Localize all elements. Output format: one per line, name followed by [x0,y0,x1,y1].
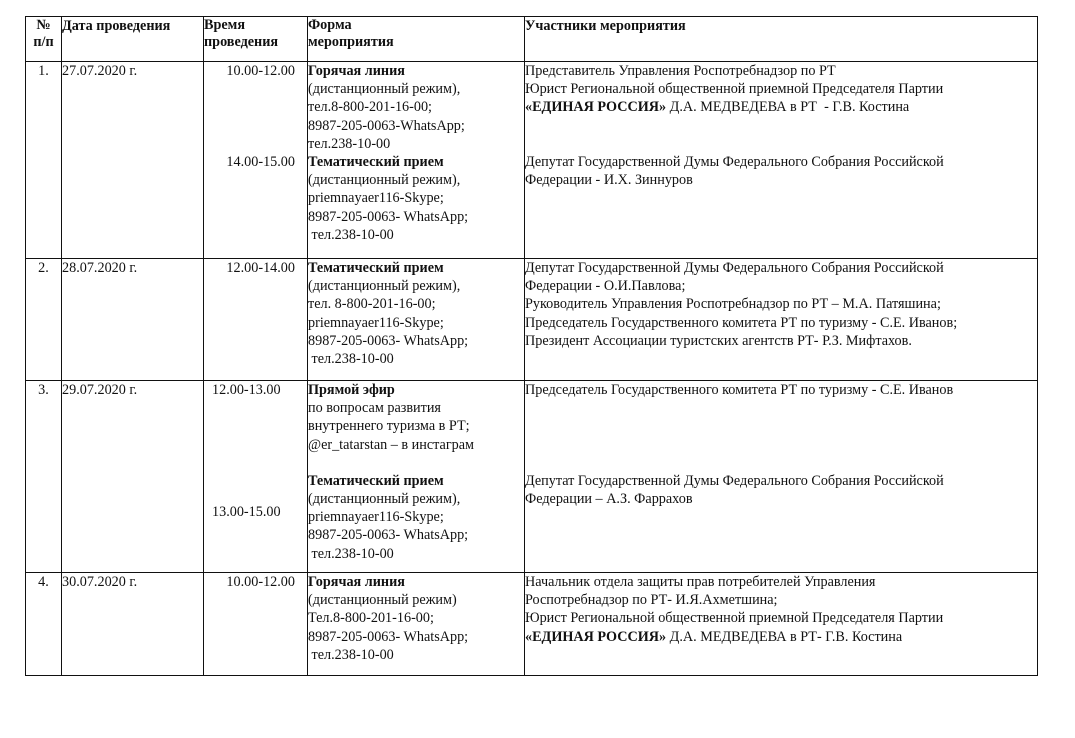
event-times: 10.00-12.00 [204,573,308,676]
participant-line: Депутат Государственной Думы Федеральног… [525,153,1037,171]
event-form-detail: Тел.8-800-201-16-00; [308,609,524,627]
event-form-detail: тел.238-10-00 [308,226,524,244]
participant-line: «ЕДИНАЯ РОССИЯ» Д.А. МЕДВЕДЕВА в РТ- Г.В… [525,628,1037,646]
header-time: Время проведения [204,17,308,62]
row-number: 1. [26,62,62,259]
event-forms: Прямой эфирпо вопросам развитиявнутренне… [308,381,525,573]
header-form-line-2: мероприятия [308,34,524,51]
event-form-detail: priemnayaer116-Skype; [308,508,524,526]
participant-block: Депутат Государственной Думы Федеральног… [525,472,1037,508]
event-form-block: Тематический прием(дистанционный режим),… [308,153,524,244]
event-form-detail: 8987-205-0063- WhatsApp; [308,526,524,544]
participant-line: Президент Ассоциации туристских агентств… [525,332,1037,350]
event-time: 13.00-15.00 [204,503,307,521]
participant-line: Федерации – А.З. Фаррахов [525,490,1037,508]
header-form: Форма мероприятия [308,17,525,62]
participant-text: Федерации - О.И.Павлова; [525,278,685,294]
table-header-row: № п/п Дата проведения Время проведения Ф… [26,17,1038,62]
table-row: 4.30.07.2020 г.10.00-12.00Горячая линия(… [26,573,1038,676]
event-times: 10.00-12.0014.00-15.00 [204,62,308,259]
event-schedule-table: № п/п Дата проведения Время проведения Ф… [25,16,1038,676]
participant-line: Роспотребнадзор по РТ- И.Я.Ахметшина; [525,591,1037,609]
participant-text: Представитель Управления Роспотребнадзор… [525,63,836,79]
event-form-block: Горячая линия(дистанционный режим),тел.8… [308,62,524,153]
header-participants: Участники мероприятия [525,17,1038,62]
event-form-detail: тел. 8-800-201-16-00; [308,295,524,313]
event-form-title: Тематический прием [308,472,524,490]
event-forms: Тематический прием(дистанционный режим),… [308,259,525,381]
event-form-detail: (дистанционный режим) [308,591,524,609]
participant-block: Начальник отдела защиты прав потребителе… [525,573,1037,646]
event-form-detail: тел.8-800-201-16-00; [308,98,524,116]
participant-line: Депутат Государственной Думы Федеральног… [525,472,1037,490]
participant-block: Депутат Государственной Думы Федеральног… [525,259,1037,350]
event-form-block: Тематический прием(дистанционный режим),… [308,472,524,563]
header-form-line-1: Форма [308,17,524,34]
table-row: 1.27.07.2020 г.10.00-12.0014.00-15.00Гор… [26,62,1038,259]
table-row: 3.29.07.2020 г.12.00-13.0013.00-15.00Пря… [26,381,1038,573]
header-time-line-2: проведения [204,34,307,51]
participant-text: Депутат Государственной Думы Федеральног… [525,260,944,276]
event-form-detail: тел.238-10-00 [308,646,524,664]
event-time: 12.00-13.00 [204,381,307,399]
event-form-detail: @er_tatarstan – в инстаграм [308,436,524,454]
event-form-block: Горячая линия(дистанционный режим)Тел.8-… [308,573,524,664]
participant-text: Председатель Государственного комитета Р… [525,382,953,398]
event-times: 12.00-14.00 [204,259,308,381]
event-form-detail: (дистанционный режим), [308,490,524,508]
participant-line: Председатель Государственного комитета Р… [525,314,1037,332]
event-time: 14.00-15.00 [204,153,307,171]
event-form-detail: тел.238-10-00 [308,135,524,153]
participant-line: Председатель Государственного комитета Р… [525,381,1037,399]
party-name: «ЕДИНАЯ РОССИЯ» [525,99,666,115]
participant-block: Представитель Управления Роспотребнадзор… [525,62,1037,117]
event-forms: Горячая линия(дистанционный режим),тел.8… [308,62,525,259]
header-number: № п/п [26,17,62,62]
participant-line: Федерации - О.И.Павлова; [525,277,1037,295]
participant-text: Юрист Региональной общественной приемной… [525,610,943,626]
participant-text: Начальник отдела защиты прав потребителе… [525,574,875,590]
event-form-detail: внутреннего туризма в РТ; [308,417,524,435]
event-date: 27.07.2020 г. [62,62,204,259]
event-form-title: Горячая линия [308,62,524,80]
participant-text: Д.А. МЕДВЕДЕВА в РТ- Г.В. Костина [666,629,902,645]
event-time: 12.00-14.00 [204,259,307,277]
participant-text: Юрист Региональной общественной приемной… [525,81,943,97]
participant-block: Председатель Государственного комитета Р… [525,381,1037,399]
event-form-title: Тематический прием [308,153,524,171]
table-body: 1.27.07.2020 г.10.00-12.0014.00-15.00Гор… [26,62,1038,676]
event-form-title: Тематический прием [308,259,524,277]
event-participants: Начальник отдела защиты прав потребителе… [525,573,1038,676]
event-form-detail: 8987-205-0063- WhatsApp; [308,332,524,350]
event-form-detail: (дистанционный режим), [308,277,524,295]
event-time: 10.00-12.00 [204,62,307,80]
participant-line: Представитель Управления Роспотребнадзор… [525,62,1037,80]
event-form-detail: по вопросам развития [308,399,524,417]
header-number-line-1: № [26,17,61,34]
event-form-detail: тел.238-10-00 [308,350,524,368]
event-form-detail: (дистанционный режим), [308,171,524,189]
participant-text: Роспотребнадзор по РТ- И.Я.Ахметшина; [525,592,778,608]
row-number: 3. [26,381,62,573]
event-form-detail: (дистанционный режим), [308,80,524,98]
participant-line: «ЕДИНАЯ РОССИЯ» Д.А. МЕДВЕДЕВА в РТ - Г.… [525,98,1037,116]
participant-line: Юрист Региональной общественной приемной… [525,609,1037,627]
event-form-detail: 8987-205-0063- WhatsApp; [308,208,524,226]
participant-text: Федерации - И.Х. Зиннуров [525,172,693,188]
event-form-detail: тел.238-10-00 [308,545,524,563]
event-times: 12.00-13.0013.00-15.00 [204,381,308,573]
event-form-detail: 8987-205-0063- WhatsApp; [308,628,524,646]
participant-text: Д.А. МЕДВЕДЕВА в РТ - Г.В. Костина [666,99,909,115]
header-number-line-2: п/п [26,34,61,51]
event-forms: Горячая линия(дистанционный режим)Тел.8-… [308,573,525,676]
row-number: 2. [26,259,62,381]
event-form-block: Прямой эфирпо вопросам развитиявнутренне… [308,381,524,454]
header-date: Дата проведения [62,17,204,62]
table-row: 2.28.07.2020 г.12.00-14.00Тематический п… [26,259,1038,381]
event-form-block: Тематический прием(дистанционный режим),… [308,259,524,368]
event-participants: Депутат Государственной Думы Федеральног… [525,259,1038,381]
participant-line: Руководитель Управления Роспотребнадзор … [525,295,1037,313]
participant-text: Президент Ассоциации туристских агентств… [525,333,912,349]
event-participants: Представитель Управления Роспотребнадзор… [525,62,1038,259]
event-form-title: Горячая линия [308,573,524,591]
event-time: 10.00-12.00 [204,573,307,591]
event-form-detail: priemnayaer116-Skype; [308,314,524,332]
event-date: 29.07.2020 г. [62,381,204,573]
participant-text: Руководитель Управления Роспотребнадзор … [525,296,941,312]
event-date: 30.07.2020 г. [62,573,204,676]
participant-text: Федерации – А.З. Фаррахов [525,491,693,507]
header-time-line-1: Время [204,17,307,34]
party-name: «ЕДИНАЯ РОССИЯ» [525,629,666,645]
row-number: 4. [26,573,62,676]
participant-line: Депутат Государственной Думы Федеральног… [525,259,1037,277]
event-date: 28.07.2020 г. [62,259,204,381]
participant-text: Председатель Государственного комитета Р… [525,315,957,331]
participant-text: Депутат Государственной Думы Федеральног… [525,154,944,170]
event-form-detail: 8987-205-0063-WhatsApp; [308,117,524,135]
participant-text: Депутат Государственной Думы Федеральног… [525,473,944,489]
participant-line: Начальник отдела защиты прав потребителе… [525,573,1037,591]
event-form-detail: priemnayaer116-Skype; [308,189,524,207]
participant-block: Депутат Государственной Думы Федеральног… [525,153,1037,189]
event-participants: Председатель Государственного комитета Р… [525,381,1038,573]
participant-line: Юрист Региональной общественной приемной… [525,80,1037,98]
event-form-title: Прямой эфир [308,381,524,399]
participant-line: Федерации - И.Х. Зиннуров [525,171,1037,189]
